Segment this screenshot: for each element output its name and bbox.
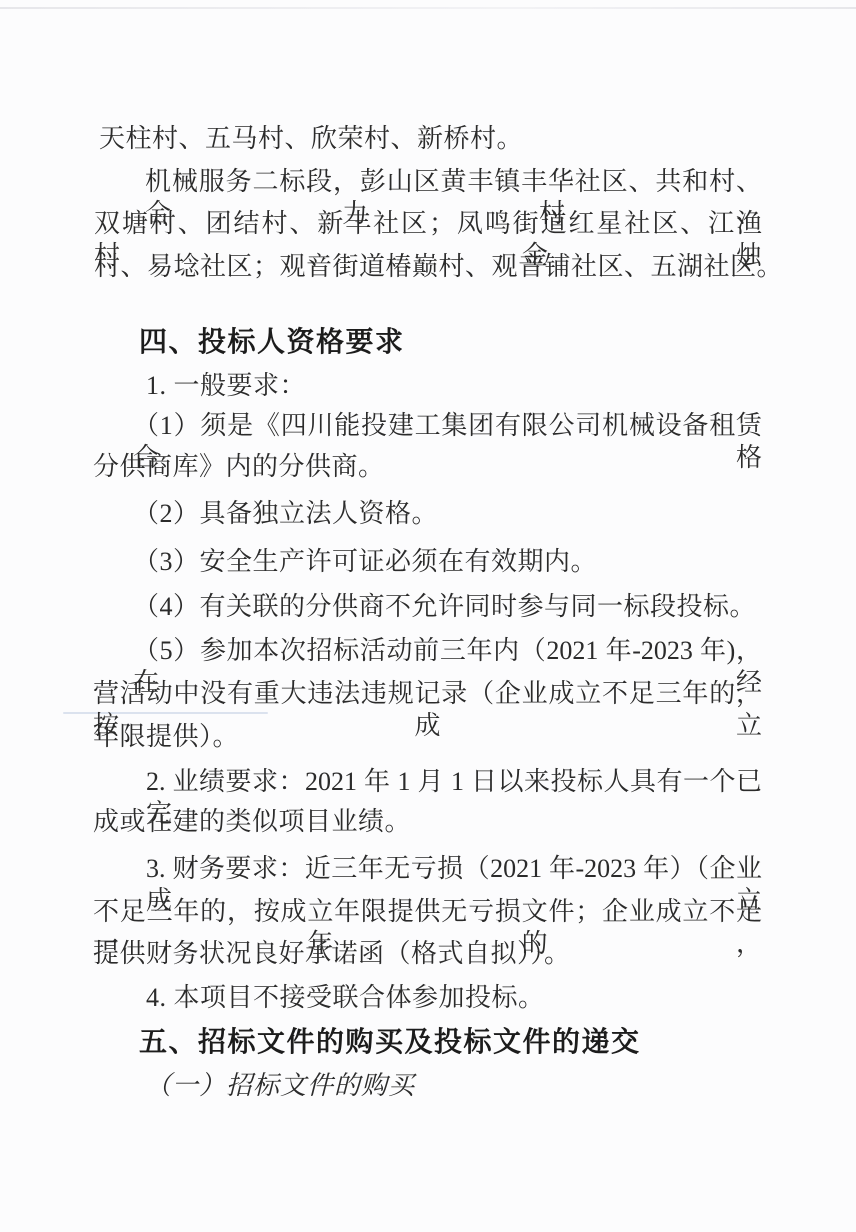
text-line: 提供财务状况良好承诺函（格式自拟））。 (93, 938, 571, 970)
heading-section-4: 四、投标人资格要求 (139, 326, 405, 358)
scan-edge-artifact (0, 7, 856, 9)
text-line: （4）有关联的分供商不允许同时参与同一标段投标。 (133, 591, 756, 623)
text-line: 成或在建的类似项目业绩。 (93, 806, 411, 838)
text-line: 天柱村、五马村、欣荣村、新桥村。 (99, 123, 523, 155)
text-line: 年限提供）。 (93, 721, 239, 753)
subsection-title: （一）招标文件的购买 (145, 1070, 415, 1102)
document-page: 天柱村、五马村、欣荣村、新桥村。 机械服务二标段，彭山区黄丰镇丰华社区、共和村、… (0, 0, 856, 1232)
text-line: 分供商库》内的分供商。 (93, 451, 385, 483)
text-line: （2）具备独立法人资格。 (133, 498, 438, 530)
text-line: 村、易埝社区；观音街道椿巅村、观音铺社区、五湖社区。 (94, 251, 783, 283)
text-line: （3）安全生产许可证必须在有效期内。 (133, 546, 597, 578)
text-line: 1. 一般要求： (146, 370, 306, 402)
heading-section-5: 五、招标文件的购买及投标文件的递交 (139, 1026, 641, 1058)
text-line: 4. 本项目不接受联合体参加投标。 (146, 982, 545, 1014)
